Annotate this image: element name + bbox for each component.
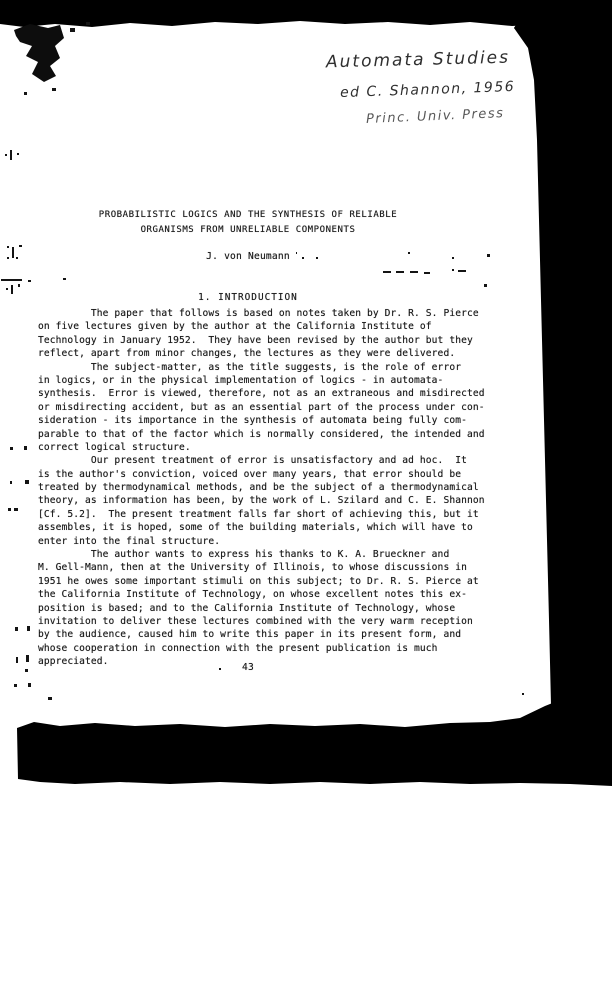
body-text-line: reflect, apart from minor changes, the l… [38, 347, 518, 360]
body-text-line: theory, as information has been, by the … [38, 494, 518, 507]
body-text-line: parable to that of the factor which is n… [38, 428, 518, 441]
body-text-line: treated by thermodynamical methods, and … [38, 481, 518, 494]
body-text-line: The subject-matter, as the title suggest… [38, 361, 518, 374]
body-text-line: correct logical structure. [38, 441, 518, 454]
body-text-line: in logics, or in the physical implementa… [38, 374, 518, 387]
body-text-line: The author wants to express his thanks t… [38, 548, 518, 561]
body-text: The paper that follows is based on notes… [38, 307, 518, 669]
page-number: 43 [0, 662, 496, 673]
scanned-page: Automata Studies ed C. Shannon, 1956 Pri… [0, 0, 612, 1008]
body-text-line: sideration - its importance in the synth… [38, 414, 518, 427]
body-text-line: position is based; and to the California… [38, 602, 518, 615]
body-text-line: 1951 he owes some important stimuli on t… [38, 575, 518, 588]
section-heading: 1. INTRODUCTION [0, 292, 496, 303]
body-text-line: synthesis. Error is viewed, therefore, n… [38, 387, 518, 400]
body-text-line: The paper that follows is based on notes… [38, 307, 518, 320]
body-text-line: enter into the final structure. [38, 535, 518, 548]
body-text-line: or misdirecting accident, but as an esse… [38, 401, 518, 414]
body-text-line: invitation to deliver these lectures com… [38, 615, 518, 628]
body-text-line: assembles, it is hoped, some of the buil… [38, 521, 518, 534]
body-text-line: on five lectures given by the author at … [38, 320, 518, 333]
body-text-line: [Cf. 5.2]. The present treatment falls f… [38, 508, 518, 521]
body-text-line: is the author's conviction, voiced over … [38, 468, 518, 481]
paper-title-line-1: PROBABILISTIC LOGICS AND THE SYNTHESIS O… [0, 210, 496, 220]
body-text-line: the California Institute of Technology, … [38, 588, 518, 601]
paper-title-line-2: ORGANISMS FROM UNRELIABLE COMPONENTS [0, 225, 496, 235]
body-text-line: by the audience, caused him to write thi… [38, 628, 518, 641]
body-text-line: Our present treatment of error is unsati… [38, 454, 518, 467]
body-text-line: Technology in January 1952. They have be… [38, 334, 518, 347]
author-name: J. von Neumann [0, 251, 496, 262]
body-text-line: whose cooperation in connection with the… [38, 642, 518, 655]
body-text-line: M. Gell-Mann, then at the University of … [38, 561, 518, 574]
